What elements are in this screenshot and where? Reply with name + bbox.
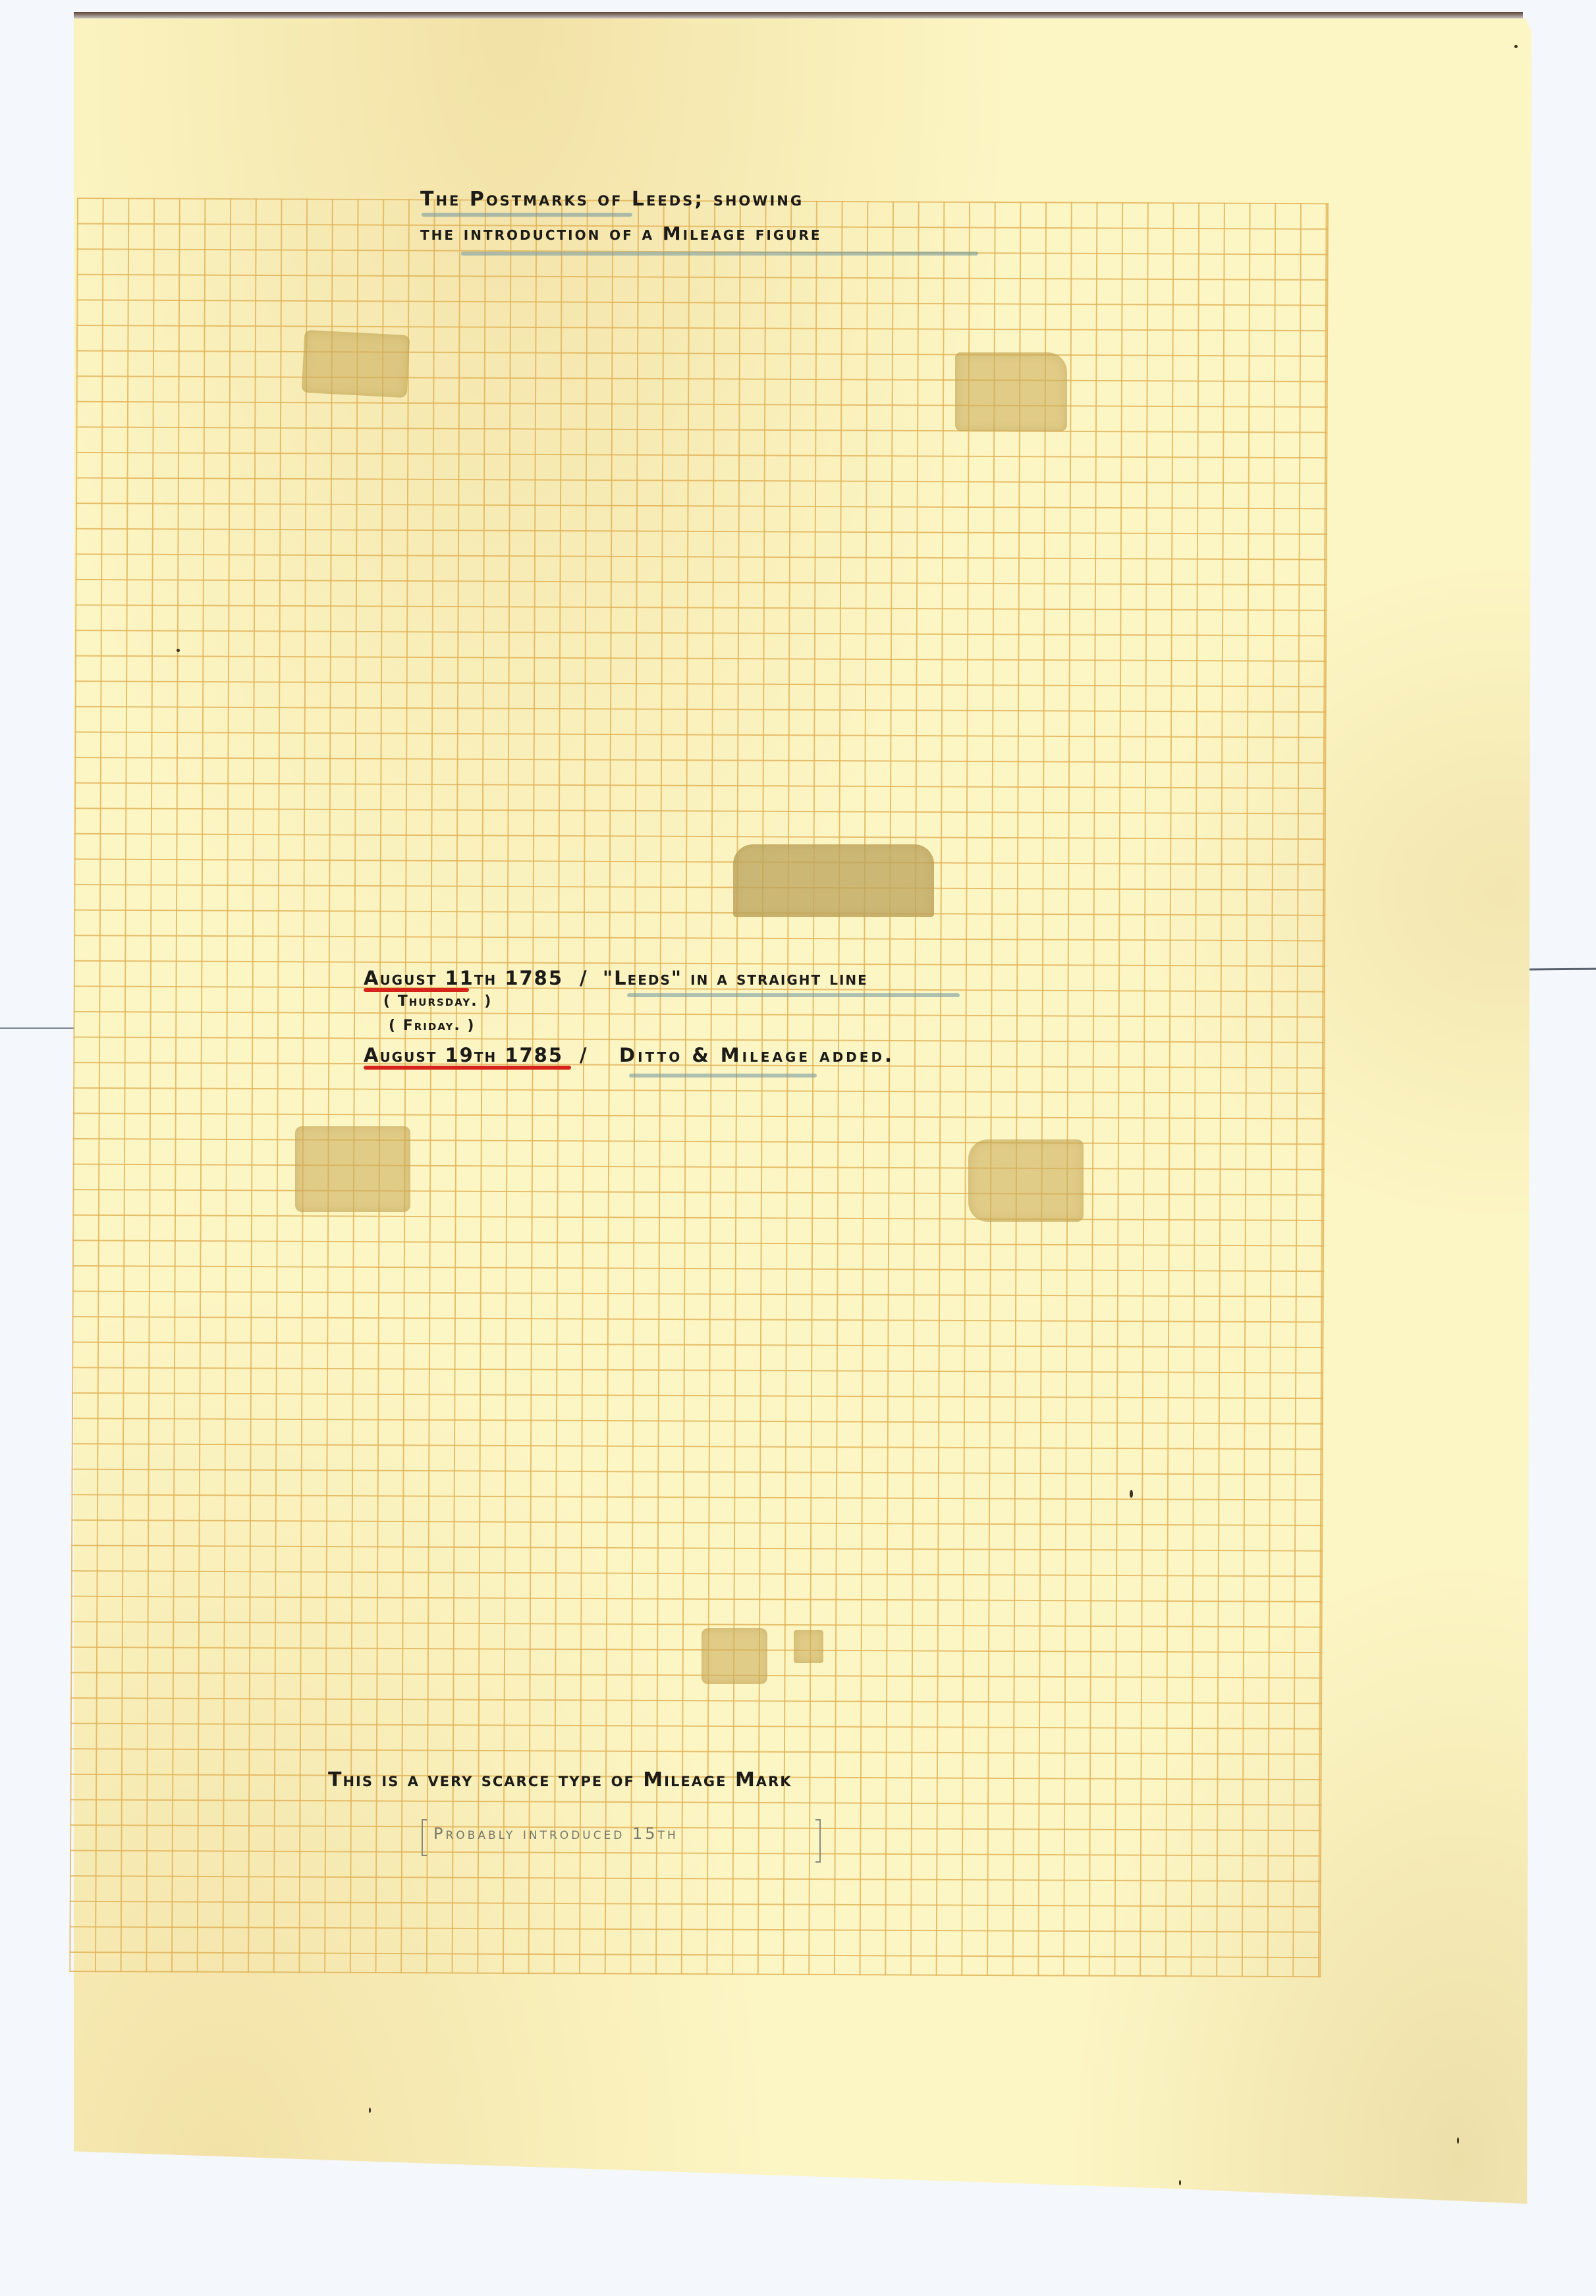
hinge-stain-bottom-left: [702, 1628, 767, 1684]
scanner-edge-line: [0, 1027, 79, 1029]
entry-1-description-underline: [627, 993, 960, 997]
entry-2-description-underline: [629, 1074, 817, 1078]
hinge-stain-bottom-right: [794, 1630, 823, 1663]
title-underline-1: [422, 213, 632, 217]
entry-2-date-underline: [364, 1066, 571, 1070]
pencil-bracket-right: [815, 1819, 821, 1863]
hinge-stain-top-right: [955, 352, 1067, 431]
entry-2-date: August 19th 1785: [364, 1044, 563, 1066]
entry-1-description: "Leeds" in a straight line: [603, 967, 868, 989]
pencil-bracket-left: [422, 1819, 427, 1856]
hinge-stain-top-left: [302, 330, 410, 398]
foxing-speck: [1179, 2180, 1181, 2185]
graph-grid: [69, 198, 1329, 1977]
foxing-speck: [1514, 45, 1518, 48]
page-title-line-2: the introduction of a Mileage figure: [420, 223, 822, 244]
hinge-stain-middle-left: [295, 1126, 410, 1212]
scanner-edge-line: [1527, 968, 1596, 971]
title-underline-2: [461, 252, 978, 256]
entry-1-separator: /: [580, 967, 588, 989]
entry-1-date: August 11th 1785: [364, 967, 563, 989]
entry-2-day-note: ( Friday. ): [389, 1018, 475, 1034]
foxing-speck: [369, 2108, 371, 2113]
scarcity-note: This is a very scarce type of Mileage Ma…: [328, 1768, 792, 1791]
entry-1-day-note: ( Thursday. ): [383, 993, 492, 1010]
hinge-stain-middle-right: [968, 1139, 1084, 1222]
page-title-line-1: The Postmarks of Leeds; showing: [420, 188, 804, 211]
entry-2-description: Ditto & Mileage added.: [619, 1044, 894, 1066]
pencil-note: Probably introduced 15th: [433, 1824, 678, 1843]
foxing-speck: [177, 649, 180, 652]
entry-1-date-underline: [364, 988, 469, 992]
foxing-speck: [1130, 1490, 1133, 1498]
foxing-speck: [1457, 2137, 1459, 2144]
hinge-stain-center: [733, 844, 934, 917]
entry-2-separator: /: [580, 1044, 588, 1066]
